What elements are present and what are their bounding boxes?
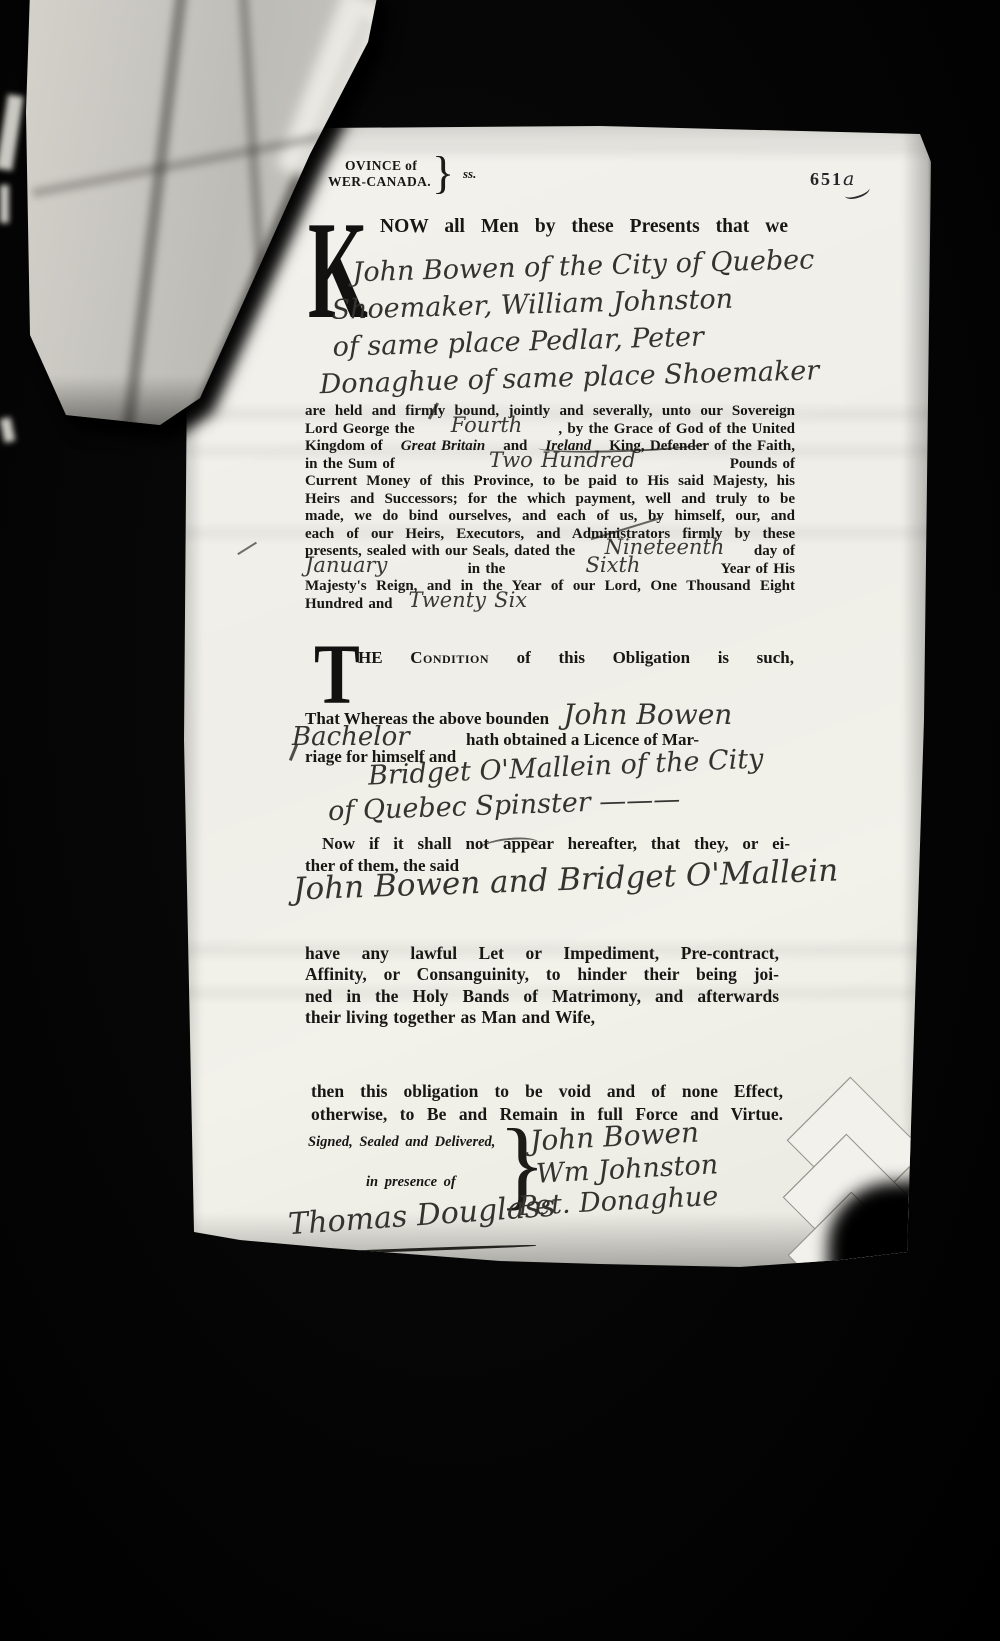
bond-line-4: in the Sum of Two Hundred Pounds of xyxy=(305,456,795,474)
know-opening-line: NOW all Men by these Presents that we xyxy=(380,216,788,238)
parties-handwritten: John Bowen of the City of Quebec Shoemak… xyxy=(316,241,840,403)
bond-line-12: Hundred and Twenty Six xyxy=(305,596,795,614)
fill-day: Nineteenth xyxy=(605,542,725,552)
fold-bottom-shade xyxy=(20,376,392,436)
closing-line-1: then this obligation to be void and of n… xyxy=(311,1080,783,1103)
scan-streak xyxy=(180,528,932,538)
witness-underline xyxy=(304,1244,536,1255)
film-speck xyxy=(0,417,15,443)
fill-year: Twenty Six xyxy=(409,595,528,605)
proviso-line-1: Now if it shall not appear hereafter, th… xyxy=(322,834,790,854)
impediment-line-4: their living together as Man and Wife, xyxy=(305,1007,779,1028)
page-number: 651a xyxy=(810,168,854,190)
closing-paragraph: then this obligation to be void and of n… xyxy=(311,1080,783,1125)
bond-line-7: made, we do bind ourselves, and each of … xyxy=(305,508,795,526)
folded-paper xyxy=(20,0,392,436)
attestation-line-2: in presence of xyxy=(366,1174,456,1191)
jurat-abbreviation: ss. xyxy=(463,166,476,182)
fold-bright-strip xyxy=(276,0,392,189)
film-speck xyxy=(0,185,9,223)
condition-heading: HE Condition of this Obligation is such, xyxy=(358,648,794,668)
folded-paper-overlay xyxy=(20,0,392,436)
bond-line-6: Heirs and Successors; for the which paym… xyxy=(305,491,795,509)
fold-crease-left xyxy=(119,0,188,436)
fold-crease-mid xyxy=(238,0,277,436)
scan-streak xyxy=(180,988,932,998)
witness-signature: Thomas Douglass xyxy=(287,1189,556,1243)
bond-line-11: Majesty's Reign, and in the Year of our … xyxy=(305,578,795,596)
fill-regnal-year: Sixth xyxy=(586,560,641,570)
bond-line-5: Current Money of this Province, to be pa… xyxy=(305,473,795,491)
closing-line-2: otherwise, to Be and Remain in full Forc… xyxy=(311,1103,783,1126)
fill-regnal-name: Fourth xyxy=(451,420,523,430)
scan-streak xyxy=(180,944,932,956)
film-scan-background: OVINCE of WER-CANADA. } ss. 651a K NOW a… xyxy=(0,0,1000,1641)
bond-line-10: January in the Sixth Year of His xyxy=(305,561,795,579)
fill-sum: Two Hundred xyxy=(489,455,636,465)
impediment-line-2: Affinity, or Consanguinity, to hinder th… xyxy=(305,964,779,985)
stray-backslash xyxy=(289,744,298,761)
attestation-line-1: Signed, Sealed and Delivered, xyxy=(308,1134,495,1151)
fill-month: January xyxy=(305,560,387,570)
corner-shadow-blob xyxy=(828,1182,978,1322)
